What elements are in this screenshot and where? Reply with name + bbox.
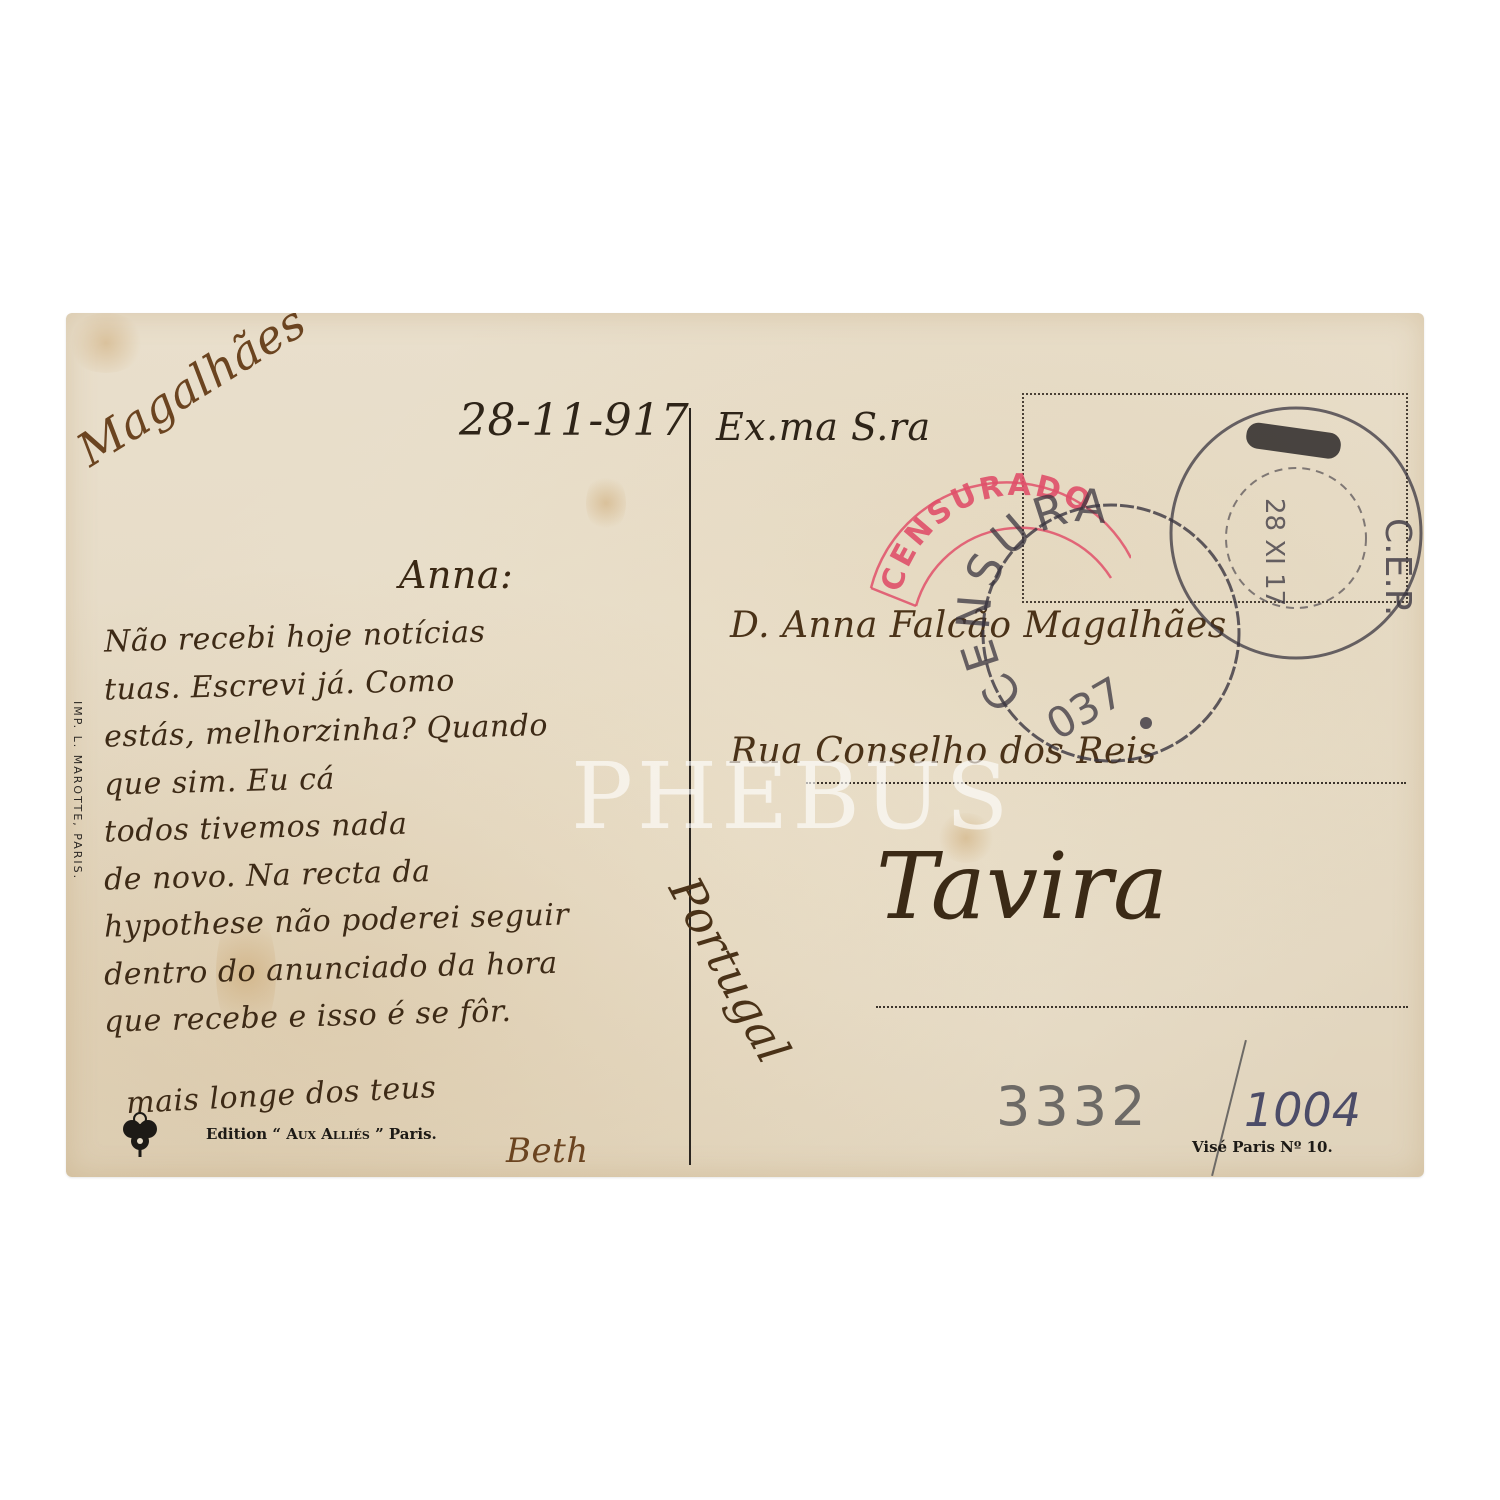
vise-number: Visé Paris Nº 10. bbox=[1192, 1138, 1333, 1156]
edition-imprint: Edition “ Aux Alliés ” Paris. bbox=[206, 1125, 437, 1143]
postmark-number: 037 bbox=[1038, 667, 1132, 750]
inventory-number: 3332 bbox=[996, 1075, 1149, 1138]
inventory-sub-number: 1004 bbox=[1244, 1083, 1361, 1137]
foxing-stain bbox=[66, 313, 146, 373]
printer-imprint: IMP. L. MAROTTE, PARIS. bbox=[71, 701, 84, 880]
edition-prefix: Edition “ bbox=[206, 1125, 281, 1143]
salutation: Anna: bbox=[399, 553, 513, 597]
edition-name: Aux Alliés bbox=[286, 1125, 370, 1143]
postmark-cep: C.E.P. 28 XI 17 bbox=[1146, 388, 1424, 678]
closing-signature: Beth bbox=[506, 1131, 589, 1171]
clover-emblem-icon bbox=[120, 1111, 160, 1159]
postcard-back: Magalhães 28-11-917 Anna: Não recebi hoj… bbox=[66, 313, 1424, 1177]
address-line-3 bbox=[876, 1006, 1408, 1008]
postmark-date: 28 XI 17 bbox=[1259, 498, 1289, 606]
watermark: PHEBUS bbox=[571, 743, 1012, 850]
message-last-line: mais longe dos teus bbox=[125, 1070, 437, 1121]
foxing-stain bbox=[586, 473, 626, 533]
postcard-photo: Magalhães 28-11-917 Anna: Não recebi hoj… bbox=[0, 0, 1500, 1500]
edition-suffix: ” Paris. bbox=[375, 1125, 437, 1143]
postmark-cep-text: C.E.P. bbox=[1377, 518, 1418, 616]
message-date: 28-11-917 bbox=[459, 395, 689, 446]
